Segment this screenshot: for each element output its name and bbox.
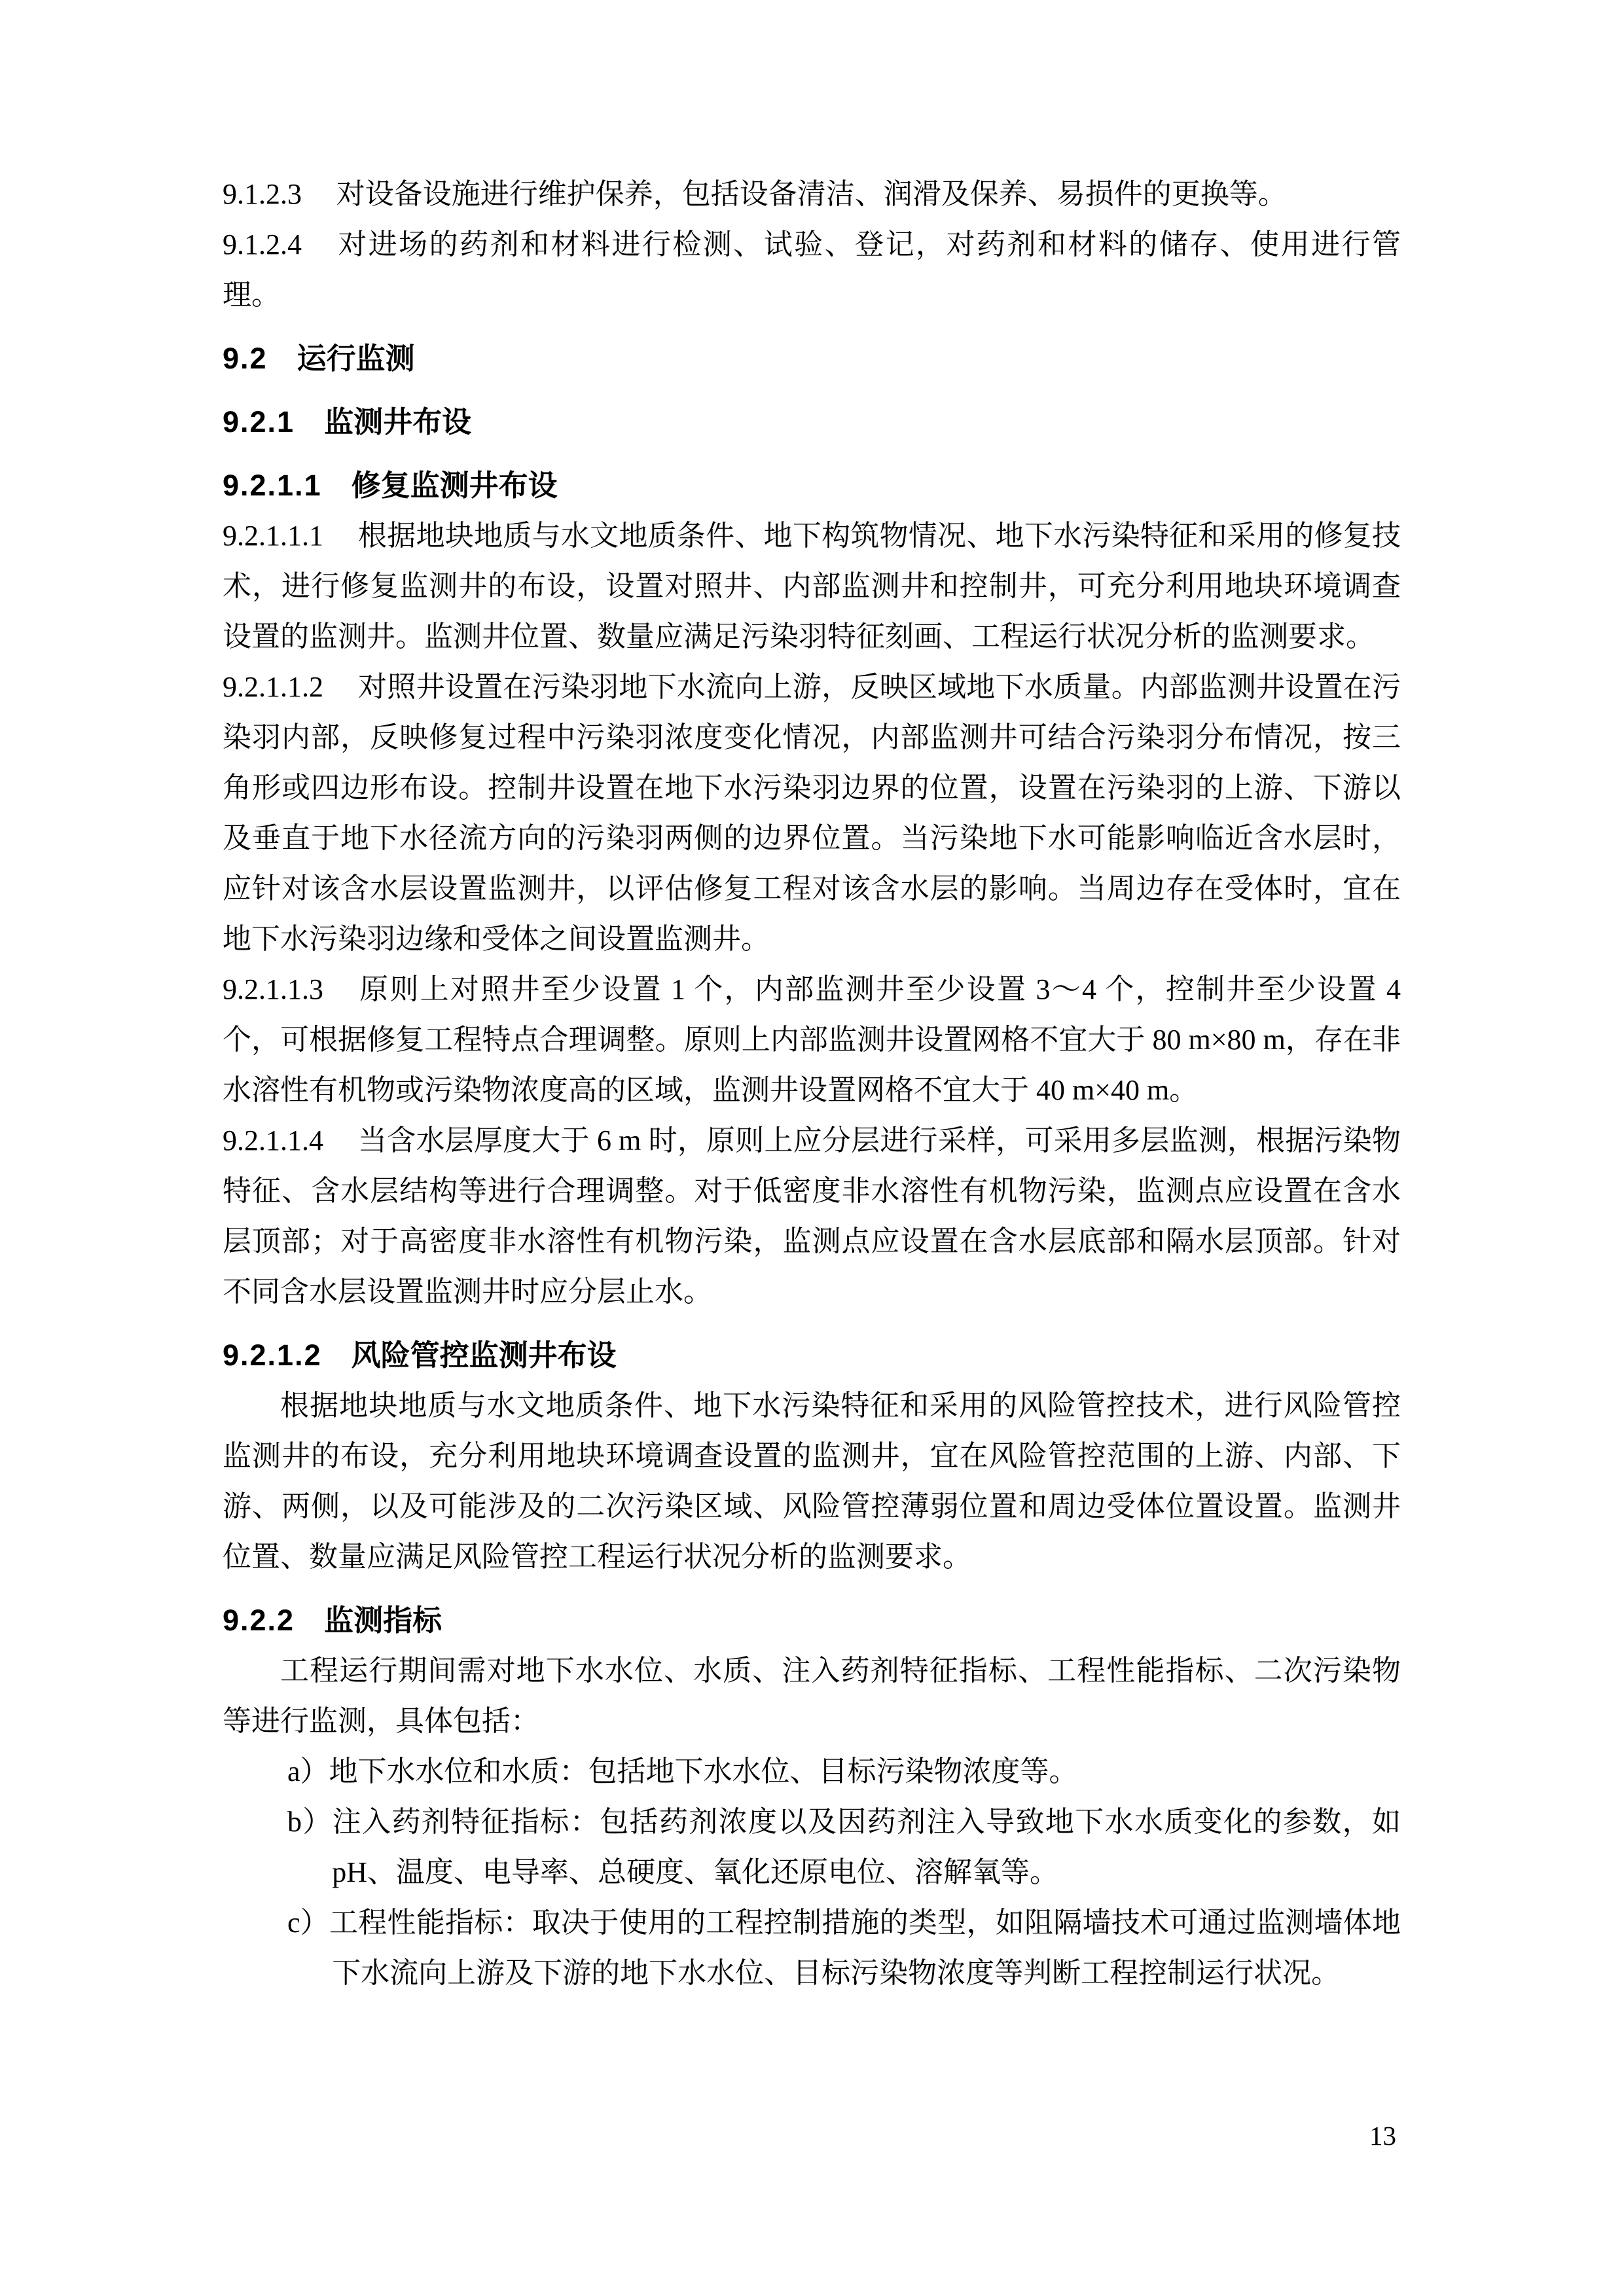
list-item-text: 地下水水位和水质：包括地下水水位、目标污染物浓度等。 [329, 1755, 1078, 1787]
document-page: 9.1.2.3对设备设施进行维护保养，包括设备清洁、润滑及保养、易损件的更换等。… [0, 0, 1624, 2296]
clause-9-2-1-1-1: 9.2.1.1.1根据地块地质与水文地质条件、地下构筑物情况、地下水污染特征和采… [223, 511, 1401, 662]
list-item-b: b）注入药剂特征指标：包括药剂浓度以及因药剂注入导致地下水水质变化的参数，如 p… [223, 1797, 1401, 1897]
clause-text: 对设备设施进行维护保养，包括设备清洁、润滑及保养、易损件的更换等。 [336, 178, 1287, 210]
paragraph-text: 根据地块地质与水文地质条件、地下水污染特征和采用的风险管控技术，进行风险管控监测… [223, 1390, 1401, 1573]
clause-text: 根据地块地质与水文地质条件、地下构筑物情况、地下水污染特征和采用的修复技术，进行… [223, 520, 1401, 653]
body-paragraph: 工程运行期间需对地下水水位、水质、注入药剂特征指标、工程性能指标、二次污染物等进… [223, 1645, 1401, 1746]
clause-number: 9.2.1.1.2 [223, 671, 323, 703]
list-item-text: 注入药剂特征指标：包括药剂浓度以及因药剂注入导致地下水水质变化的参数，如 pH、… [332, 1806, 1401, 1888]
heading-number: 9.2.1.2 [223, 1338, 322, 1372]
clause-9-1-2-3: 9.1.2.3对设备设施进行维护保养，包括设备清洁、润滑及保养、易损件的更换等。 [223, 169, 1401, 219]
clause-text: 对照井设置在污染羽地下水流向上游，反映区域地下水质量。内部监测井设置在污染羽内部… [223, 671, 1401, 955]
heading-9-2-1: 9.2.1监测井布设 [223, 397, 1401, 447]
list-item-a: a）地下水水位和水质：包括地下水水位、目标污染物浓度等。 [223, 1746, 1401, 1797]
clause-text: 当含水层厚度大于 6 m 时，原则上应分层进行采样，可采用多层监测，根据污染物特… [223, 1124, 1401, 1308]
list-item-text: 工程性能指标：取决于使用的工程控制措施的类型，如阻隔墙技术可通过监测墙体地下水流… [329, 1907, 1401, 1989]
clause-9-2-1-1-3: 9.2.1.1.3原则上对照井至少设置 1 个，内部监测井至少设置 3～4 个，… [223, 964, 1401, 1115]
heading-number: 9.2.1.1 [223, 469, 322, 502]
list-item-c: c）工程性能指标：取决于使用的工程控制措施的类型，如阻隔墙技术可通过监测墙体地下… [223, 1897, 1401, 1998]
clause-number: 9.1.2.3 [223, 178, 302, 210]
clause-number: 9.1.2.4 [223, 228, 302, 260]
clause-9-1-2-4: 9.1.2.4对进场的药剂和材料进行检测、试验、登记，对药剂和材料的储存、使用进… [223, 219, 1401, 320]
heading-9-2: 9.2运行监测 [223, 333, 1401, 384]
body-paragraph: 根据地块地质与水文地质条件、地下水污染特征和采用的风险管控技术，进行风险管控监测… [223, 1380, 1401, 1582]
page-number: 13 [1369, 2119, 1396, 2152]
clause-number: 9.2.1.1.3 [223, 973, 323, 1005]
heading-number: 9.2.2 [223, 1604, 295, 1637]
list-marker: b） [287, 1806, 333, 1838]
heading-number: 9.2.1 [223, 405, 295, 439]
heading-9-2-1-2: 9.2.1.2风险管控监测井布设 [223, 1330, 1401, 1380]
heading-title: 监测指标 [324, 1604, 442, 1637]
heading-title: 运行监测 [297, 342, 415, 375]
clause-number: 9.2.1.1.1 [223, 520, 323, 552]
heading-title: 风险管控监测井布设 [352, 1338, 617, 1372]
clause-text: 对进场的药剂和材料进行检测、试验、登记，对药剂和材料的储存、使用进行管理。 [223, 228, 1401, 311]
clause-9-2-1-1-2: 9.2.1.1.2对照井设置在污染羽地下水流向上游，反映区域地下水质量。内部监测… [223, 662, 1401, 964]
clause-number: 9.2.1.1.4 [223, 1124, 323, 1157]
heading-9-2-2: 9.2.2监测指标 [223, 1595, 1401, 1645]
heading-number: 9.2 [223, 342, 268, 375]
clause-9-2-1-1-4: 9.2.1.1.4当含水层厚度大于 6 m 时，原则上应分层进行采样，可采用多层… [223, 1115, 1401, 1317]
heading-title: 监测井布设 [324, 405, 471, 439]
clause-text: 原则上对照井至少设置 1 个，内部监测井至少设置 3～4 个，控制井至少设置 4… [223, 973, 1401, 1106]
paragraph-text: 工程运行期间需对地下水水位、水质、注入药剂特征指标、工程性能指标、二次污染物等进… [223, 1655, 1401, 1737]
page-content: 9.1.2.3对设备设施进行维护保养，包括设备清洁、润滑及保养、易损件的更换等。… [223, 169, 1401, 1998]
heading-title: 修复监测井布设 [352, 469, 558, 502]
list-marker: a） [287, 1755, 329, 1787]
list-marker: c） [287, 1907, 329, 1939]
heading-9-2-1-1: 9.2.1.1修复监测井布设 [223, 460, 1401, 511]
